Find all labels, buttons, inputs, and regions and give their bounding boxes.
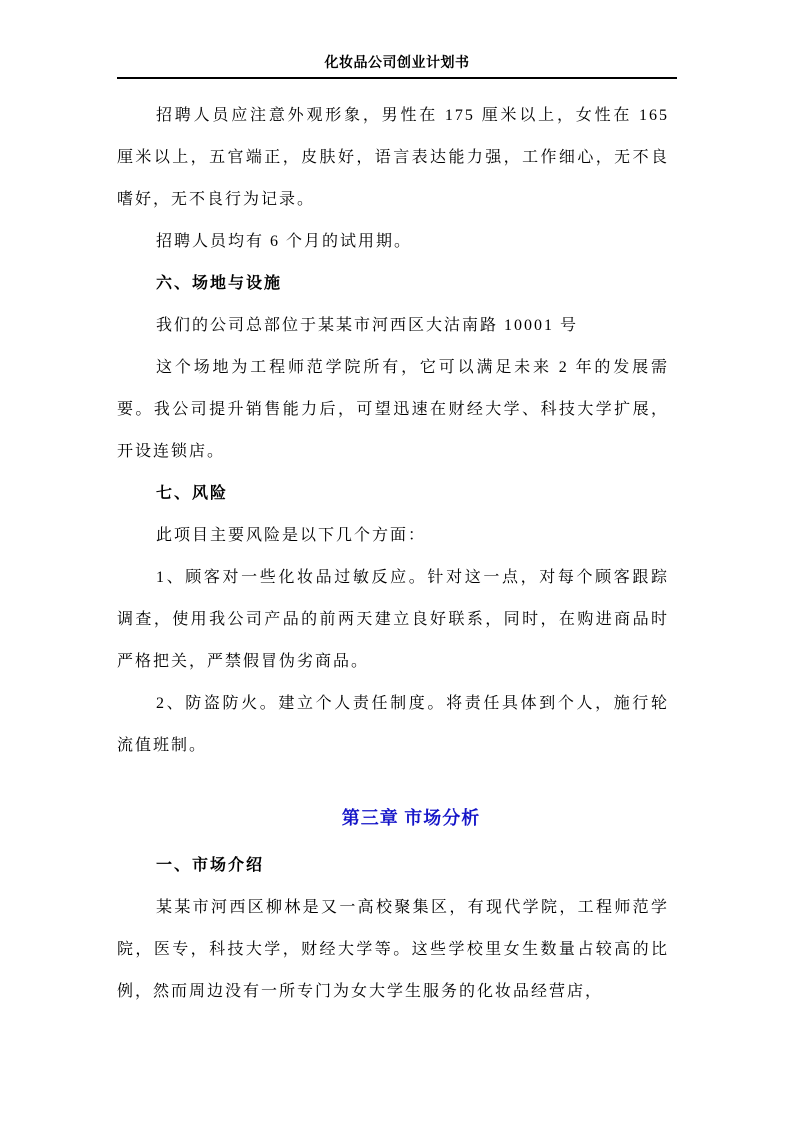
chapter-heading-market-analysis: 第三章 市场分析 xyxy=(117,797,669,839)
paragraph-recruit-appearance: 招聘人员应注意外观形象，男性在 175 厘米以上，女性在 165 厘米以上，五官… xyxy=(117,95,669,221)
paragraph-market-description: 某某市河西区柳林是又一高校聚集区，有现代学院，工程师范学院，医专，科技大学，财经… xyxy=(117,887,669,1013)
paragraph-probation-period: 招聘人员均有 6 个月的试用期。 xyxy=(117,221,669,263)
paragraph-headquarters-location: 我们的公司总部位于某某市河西区大沽南路 10001 号 xyxy=(117,305,669,347)
document-page: 化妆品公司创业计划书 招聘人员应注意外观形象，男性在 175 厘米以上，女性在 … xyxy=(0,0,794,1123)
page-header-title: 化妆品公司创业计划书 xyxy=(117,52,677,72)
section-heading-site-facilities: 六、场地与设施 xyxy=(117,263,669,305)
paragraph-risk-item-1-allergy: 1、顾客对一些化妆品过敏反应。针对这一点，对每个顾客跟踪调查，使用我公司产品的前… xyxy=(117,557,669,683)
section-heading-market-intro: 一、市场介绍 xyxy=(117,845,669,887)
document-body: 招聘人员应注意外观形象，男性在 175 厘米以上，女性在 165 厘米以上，五官… xyxy=(117,95,669,1013)
paragraph-risk-intro: 此项目主要风险是以下几个方面： xyxy=(117,515,669,557)
section-heading-risk: 七、风险 xyxy=(117,473,669,515)
header-rule xyxy=(117,77,677,79)
paragraph-site-ownership-expansion: 这个场地为工程师范学院所有，它可以满足未来 2 年的发展需要。我公司提升销售能力… xyxy=(117,347,669,473)
paragraph-risk-item-2-security: 2、防盗防火。建立个人责任制度。将责任具体到个人，施行轮流值班制。 xyxy=(117,683,669,767)
